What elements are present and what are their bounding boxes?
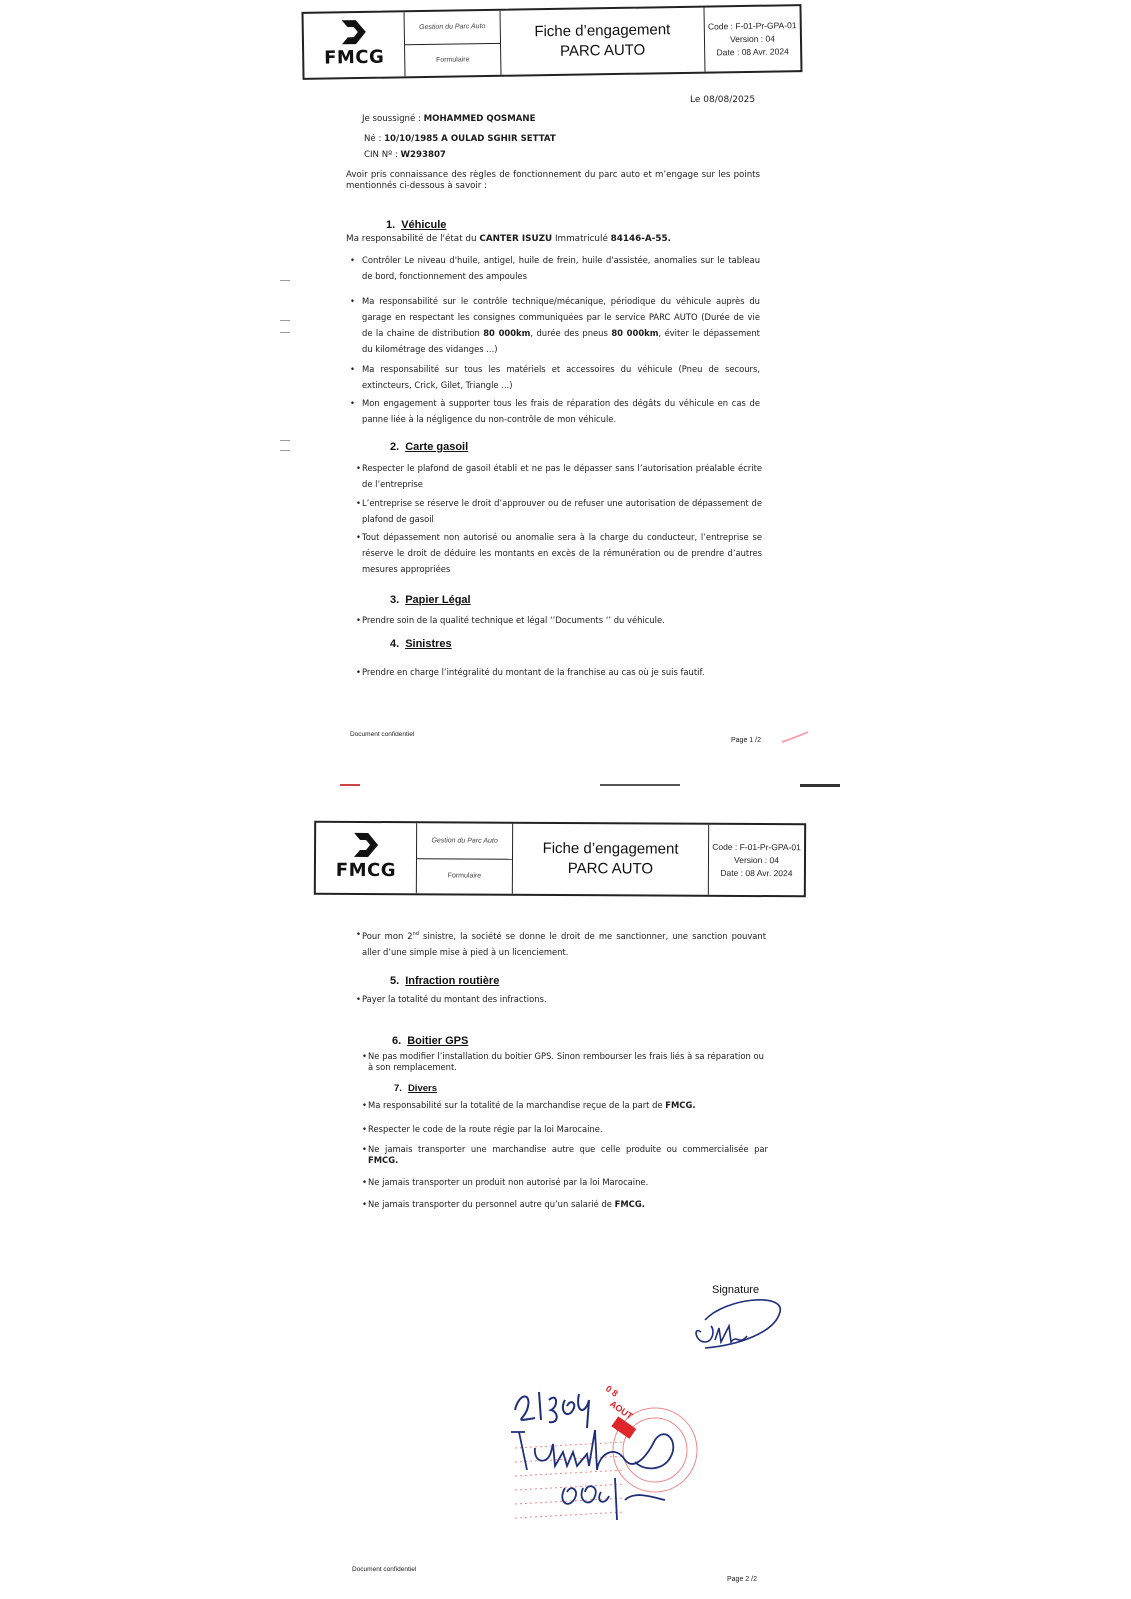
section-title-text: Carte gasoil — [405, 441, 468, 453]
bullet-text: Respecter le code de la route régie par … — [368, 1124, 603, 1134]
bullet-icon: • — [350, 293, 355, 309]
vehicle-lead: Ma responsabilité de l'état du CANTER IS… — [346, 233, 671, 246]
list-item: • Prendre soin de la qualité technique e… — [362, 612, 782, 628]
bullet-text: Ne pas modifier l’installation du boitie… — [368, 1051, 764, 1072]
list-item: • Respecter le code de la route régie pa… — [368, 1121, 768, 1137]
company-name: FMCG. — [665, 1100, 695, 1110]
section-title-text: Papier Légal — [405, 594, 470, 606]
bullet-icon: • — [356, 529, 361, 545]
cin-label: CIN Nº : — [364, 150, 401, 160]
bullet-icon: • — [362, 1196, 367, 1212]
footer-confidential: Document confidentiel — [350, 731, 414, 738]
born-label: Né : — [364, 134, 384, 144]
section-number: 3. — [390, 594, 399, 606]
list-item: • Ne pas modifier l’installation du boit… — [368, 1051, 764, 1073]
signatory-line: Je soussigné : MOHAMMED QOSMANE — [362, 113, 536, 126]
section-title-text: Boitier GPS — [407, 1035, 468, 1047]
section-1-title: 1.Véhicule — [386, 219, 446, 231]
section-title-text: Sinistres — [405, 638, 451, 650]
list-item: • Contrôler Le niveau d'huile, antigel, … — [362, 252, 760, 284]
bullet-icon: • — [362, 1097, 367, 1113]
logo-text: FMCG — [324, 46, 385, 68]
doc-code: Code : F-01-Pr-GPA-01 — [708, 19, 797, 33]
bullet-icon: • — [356, 495, 361, 511]
section-3-title: 3.Papier Légal — [390, 594, 471, 606]
document-page-2: FMCG Gestion du Parc Auto Formulaire Fic… — [290, 810, 835, 1599]
header-department: Gestion du Parc Auto — [417, 823, 512, 859]
section-number: 7. — [394, 1083, 402, 1094]
bullet-text: Ne jamais transporter un produit non aut… — [368, 1177, 648, 1187]
header-meta: Gestion du Parc Auto Formulaire — [417, 823, 513, 894]
fmcg-arrow-logo-icon — [338, 18, 370, 44]
section-number: 5. — [390, 975, 399, 987]
logo-text: FMCG — [336, 859, 396, 880]
header-doc-type: Formulaire — [417, 859, 512, 894]
bullet-text: Ne jamais transporter une marchandise au… — [368, 1144, 768, 1154]
intro-paragraph: Avoir pris connaissance des règles de fo… — [346, 170, 760, 192]
header-doc-type: Formulaire — [405, 43, 500, 76]
bullet-icon: • — [356, 612, 361, 628]
birth-line: Né : 10/10/1985 A OULAD SGHIR SETTAT — [364, 133, 556, 146]
page-separator — [280, 780, 840, 808]
vehicle-model: CANTER ISUZU — [479, 234, 552, 244]
list-item: • Pour mon 2nd sinistre, la société se d… — [362, 926, 766, 960]
bullet-icon: • — [362, 1144, 367, 1155]
bullet-text: , durée des pneus — [530, 328, 611, 338]
bullet-icon: • — [356, 460, 361, 476]
company-logo: FMCG — [316, 823, 417, 894]
svg-text:AOUT: AOUT — [608, 1399, 635, 1422]
bullet-text: Payer la totalité du montant des infract… — [362, 994, 547, 1004]
section-title-text: Infraction routière — [405, 975, 499, 987]
section-5-title: 5.Infraction routière — [390, 975, 499, 987]
signature-scribble-icon — [685, 1290, 795, 1365]
company-stamp-icon: 0 8 AOUT — [505, 1370, 735, 1530]
bullet-text: Respecter le plafond de gasoil établi et… — [362, 463, 762, 489]
lead-text: Immatriculé — [552, 234, 611, 244]
logo-tagline — [354, 68, 355, 72]
bullet-icon: • — [350, 361, 355, 377]
list-item: • Payer la totalité du montant des infra… — [362, 991, 782, 1007]
handwritten-date — [515, 1392, 589, 1428]
fmcg-arrow-logo-icon — [350, 831, 382, 857]
bullet-text: Tout dépassement non autorisé ou anomali… — [362, 532, 762, 574]
document-date: Le 08/08/2025 — [690, 94, 755, 107]
bullet-text: Pour mon 2 — [362, 931, 413, 941]
title-line-2: PARC AUTO — [568, 859, 653, 879]
header-title: Fiche d’engagement PARC AUTO — [501, 8, 706, 75]
footer-confidential: Document confidentiel — [352, 1566, 416, 1573]
bullet-text: Prendre en charge l’intégralité du monta… — [362, 667, 704, 677]
header-meta: Gestion du Parc Auto Formulaire — [405, 11, 502, 77]
list-item: • Tout dépassement non autorisé ou anoma… — [362, 529, 762, 577]
bullet-icon: • — [350, 395, 355, 411]
tyre-km: 80 000km — [611, 328, 658, 338]
section-number: 2. — [390, 441, 399, 453]
list-item: • Ma responsabilité sur tous les matérie… — [362, 361, 760, 393]
stamp-date-text: 0 8 — [604, 1383, 620, 1398]
lead-text: Ma responsabilité de l'état du — [346, 234, 479, 244]
scan-margin-marks — [280, 110, 300, 710]
list-item: • L’entreprise se réserve le droit d’app… — [362, 495, 762, 527]
doc-date: Date : 08 Avr. 2024 — [717, 45, 789, 59]
title-line-1: Fiche d’engagement — [543, 839, 679, 860]
bullet-icon: • — [356, 664, 361, 680]
red-mark-icon — [780, 730, 810, 744]
header-code-block: Code : F-01-Pr-GPA-01 Version : 04 Date … — [709, 825, 804, 895]
bullet-text: Contrôler Le niveau d'huile, antigel, hu… — [362, 255, 760, 281]
signatory-name: MOHAMMED QOSMANE — [424, 114, 536, 124]
title-line-2: PARC AUTO — [560, 41, 646, 62]
vehicle-plate: 84146-A-55. — [611, 234, 671, 244]
list-item: • Ne jamais transporter une marchandise … — [368, 1144, 768, 1166]
section-title-text: Véhicule — [401, 219, 446, 231]
section-number: 6. — [392, 1035, 401, 1047]
signatory-label: Je soussigné : — [362, 114, 424, 124]
section-2-title: 2.Carte gasoil — [390, 441, 468, 453]
handwritten-name — [511, 1430, 673, 1470]
section-6-title: 6.Boitier GPS — [392, 1035, 468, 1047]
section-title-text: Divers — [408, 1083, 437, 1094]
bullet-icon: • — [362, 1121, 367, 1137]
list-item: • Prendre en charge l’intégralité du mon… — [362, 664, 782, 680]
company-name: FMCG. — [368, 1155, 398, 1165]
list-item: • Ma responsabilité sur le contrôle tech… — [362, 293, 760, 357]
bullet-text: L’entreprise se réserve le droit d’appro… — [362, 498, 762, 524]
title-line-1: Fiche d’engagement — [534, 20, 670, 42]
company-logo: FMCG — [304, 12, 406, 78]
logo-tagline — [365, 880, 366, 884]
section-7-title: 7.Divers — [394, 1083, 437, 1094]
bullet-text: Ne jamais transporter du personnel autre… — [368, 1199, 615, 1209]
page-number: Page 1 /2 — [731, 737, 761, 744]
section-number: 1. — [386, 219, 395, 231]
chain-km: 80 000km — [483, 328, 530, 338]
header-department: Gestion du Parc Auto — [405, 11, 500, 45]
doc-code: Code : F-01-Pr-GPA-01 — [712, 840, 801, 853]
bullet-icon: • — [362, 1051, 367, 1062]
doc-date: Date : 08 Avr. 2024 — [720, 866, 792, 879]
bullet-icon: • — [356, 926, 361, 942]
section-4-title: 4.Sinistres — [390, 638, 452, 650]
doc-version: Version : 04 — [730, 32, 775, 46]
bullet-icon: • — [362, 1174, 367, 1190]
document-page-1: FMCG Gestion du Parc Auto Formulaire Fic… — [280, 0, 840, 780]
handwritten-surname — [562, 1478, 665, 1520]
born-value: 10/10/1985 A OULAD SGHIR SETTAT — [384, 134, 556, 144]
cin-value: W293807 — [401, 150, 446, 160]
list-item: • Respecter le plafond de gasoil établi … — [362, 460, 762, 492]
cin-line: CIN Nº : W293807 — [364, 149, 446, 162]
list-item: • Mon engagement à supporter tous les fr… — [362, 395, 760, 427]
company-name: FMCG. — [615, 1199, 645, 1209]
header-title: Fiche d’engagement PARC AUTO — [513, 824, 709, 895]
section-number: 4. — [390, 638, 399, 650]
bullet-text: Mon engagement à supporter tous les frai… — [362, 398, 760, 424]
bullet-text: Ma responsabilité sur la totalité de la … — [368, 1100, 665, 1110]
bullet-icon: • — [356, 991, 361, 1007]
list-item: • Ne jamais transporter un produit non a… — [368, 1174, 768, 1190]
document-header: FMCG Gestion du Parc Auto Formulaire Fic… — [314, 821, 806, 898]
header-code-block: Code : F-01-Pr-GPA-01 Version : 04 Date … — [704, 6, 800, 71]
bullet-text: sinistre, la société se donne le droit d… — [362, 931, 766, 957]
document-header: FMCG Gestion du Parc Auto Formulaire Fic… — [301, 4, 802, 80]
bullet-icon: • — [350, 252, 355, 268]
list-item: • Ma responsabilité sur la totalité de l… — [368, 1097, 768, 1113]
bullet-text: Prendre soin de la qualité technique et … — [362, 615, 665, 625]
page-number: Page 2 /2 — [727, 1576, 757, 1583]
list-item: • Ne jamais transporter du personnel aut… — [368, 1196, 768, 1212]
doc-version: Version : 04 — [734, 853, 779, 866]
bullet-text: Ma responsabilité sur tous les matériels… — [362, 364, 760, 390]
